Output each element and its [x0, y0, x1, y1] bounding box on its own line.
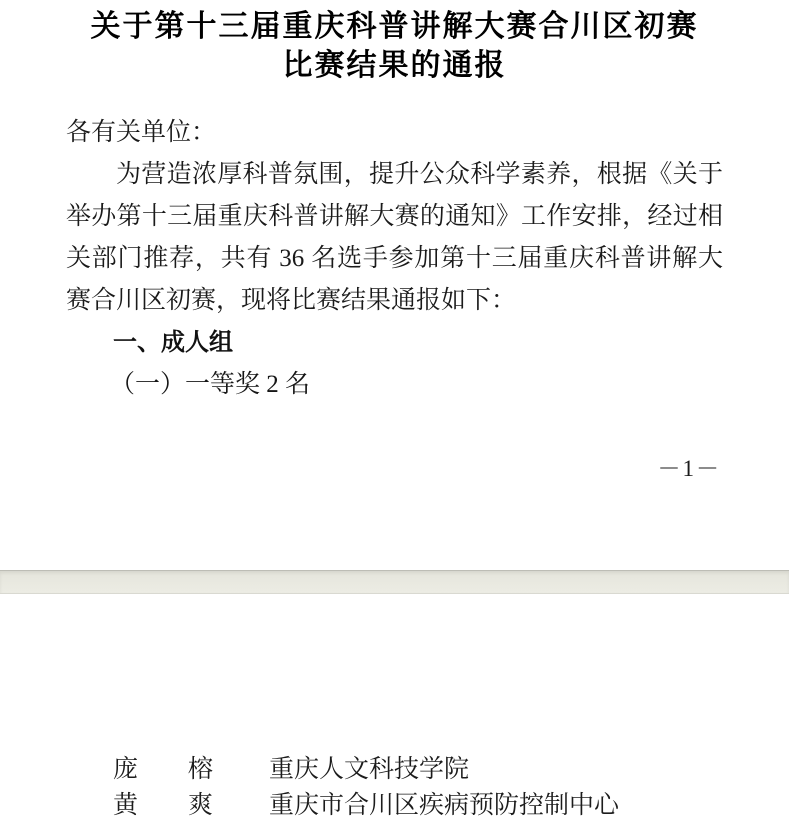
winner-organization: 重庆人文科技学院: [269, 756, 469, 783]
document-viewer: 关于第十三届重庆科普讲解大赛合川区初赛 比赛结果的通报 各有关单位： 为营造浓厚…: [0, 0, 789, 827]
page-separator: [0, 570, 789, 594]
winner-organization: 重庆市合川区疾病预防控制中心: [269, 792, 619, 819]
document-body: 各有关单位： 为营造浓厚科普氛围，提升公众科学素养，根据《关于举办第十三届重庆科…: [66, 112, 723, 406]
section-heading-adult-group: 一、成人组: [66, 322, 723, 364]
page-2: 庞榕重庆人文科技学院 黄爽重庆市合川区疾病预防控制中心: [0, 594, 789, 827]
salutation: 各有关单位：: [66, 112, 723, 154]
winner-name: 黄爽: [113, 788, 213, 824]
winner-list: 庞榕重庆人文科技学院 黄爽重庆市合川区疾病预防控制中心: [113, 752, 619, 824]
winner-row: 黄爽重庆市合川区疾病预防控制中心: [113, 788, 619, 824]
document-title: 关于第十三届重庆科普讲解大赛合川区初赛 比赛结果的通报: [66, 7, 723, 85]
subsection-first-prize: （一）一等奖 2 名: [66, 364, 723, 406]
title-line-2: 比赛结果的通报: [66, 46, 723, 85]
title-line-1: 关于第十三届重庆科普讲解大赛合川区初赛: [66, 7, 723, 46]
winner-name: 庞榕: [113, 752, 213, 788]
winner-rows: 庞榕重庆人文科技学院 黄爽重庆市合川区疾病预防控制中心: [113, 752, 619, 824]
intro-paragraph: 为营造浓厚科普氛围，提升公众科学素养，根据《关于举办第十三届重庆科普讲解大赛的通…: [66, 154, 723, 322]
page-number: －1－: [658, 450, 722, 483]
page-1: 关于第十三届重庆科普讲解大赛合川区初赛 比赛结果的通报 各有关单位： 为营造浓厚…: [0, 0, 789, 570]
winner-row: 庞榕重庆人文科技学院: [113, 752, 619, 788]
